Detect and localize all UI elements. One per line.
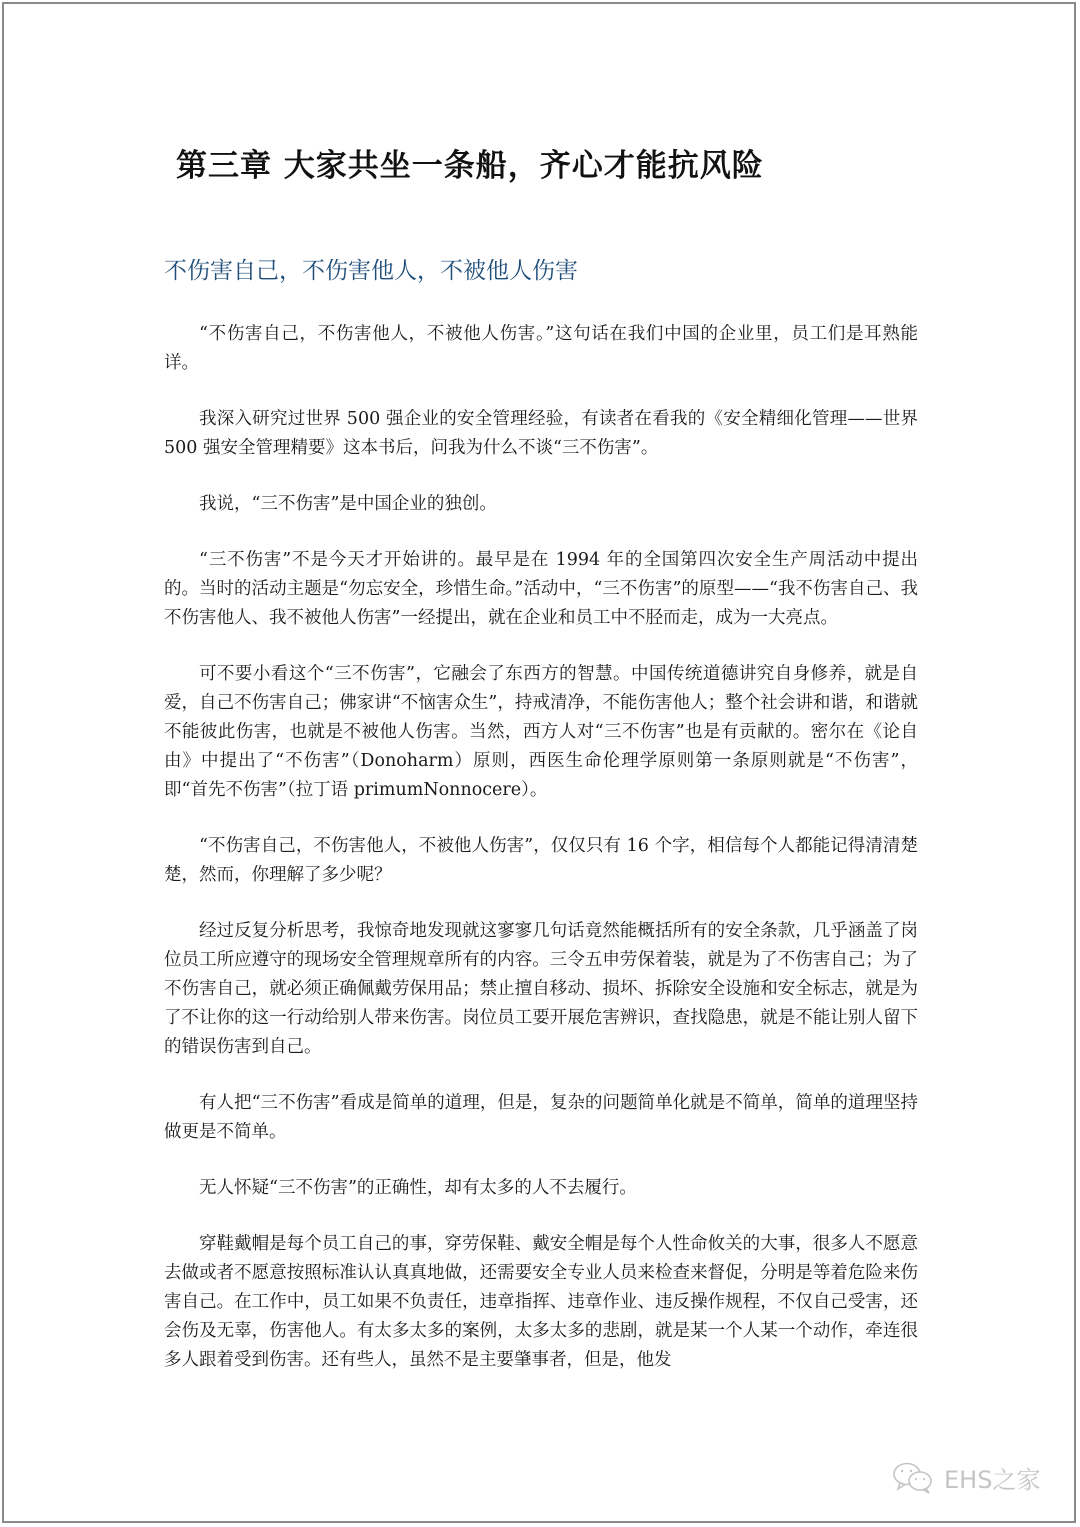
paragraph: “不伤害自己，不伤害他人，不被他人伤害”，仅仅只有 16 个字，相信每个人都能记…: [164, 832, 918, 890]
watermark: EHS之家: [892, 1460, 1040, 1495]
paragraph: 经过反复分析思考，我惊奇地发现就这寥寥几句话竟然能概括所有的安全条款，几乎涵盖了…: [164, 917, 918, 1062]
chapter-title: 第三章 大家共坐一条船，齐心才能抗风险: [176, 140, 764, 185]
watermark-text: EHS之家: [944, 1460, 1040, 1495]
paragraph: 有人把“三不伤害”看成是简单的道理，但是，复杂的问题简单化就是不简单，简单的道理…: [164, 1089, 918, 1147]
article-body: “不伤害自己，不伤害他人，不被他人伤害。”这句话在我们中国的企业里，员工们是耳熟…: [164, 320, 918, 1402]
wechat-icon: [892, 1461, 936, 1495]
paragraph: 我说，“三不伤害”是中国企业的独创。: [164, 490, 918, 519]
section-title: 不伤害自己，不伤害他人，不被他人伤害: [164, 252, 578, 285]
paragraph: “不伤害自己，不伤害他人，不被他人伤害。”这句话在我们中国的企业里，员工们是耳熟…: [164, 320, 918, 378]
paragraph: 可不要小看这个“三不伤害”，它融会了东西方的智慧。中国传统道德讲究自身修养，就是…: [164, 660, 918, 805]
paragraph: 我深入研究过世界 500 强企业的安全管理经验，有读者在看我的《安全精细化管理—…: [164, 405, 918, 463]
paragraph: “三不伤害”不是今天才开始讲的。最早是在 1994 年的全国第四次安全生产周活动…: [164, 546, 918, 633]
paragraph: 穿鞋戴帽是每个员工自己的事，穿劳保鞋、戴安全帽是每个人性命攸关的大事，很多人不愿…: [164, 1230, 918, 1375]
paragraph: 无人怀疑“三不伤害”的正确性，却有太多的人不去履行。: [164, 1174, 918, 1203]
